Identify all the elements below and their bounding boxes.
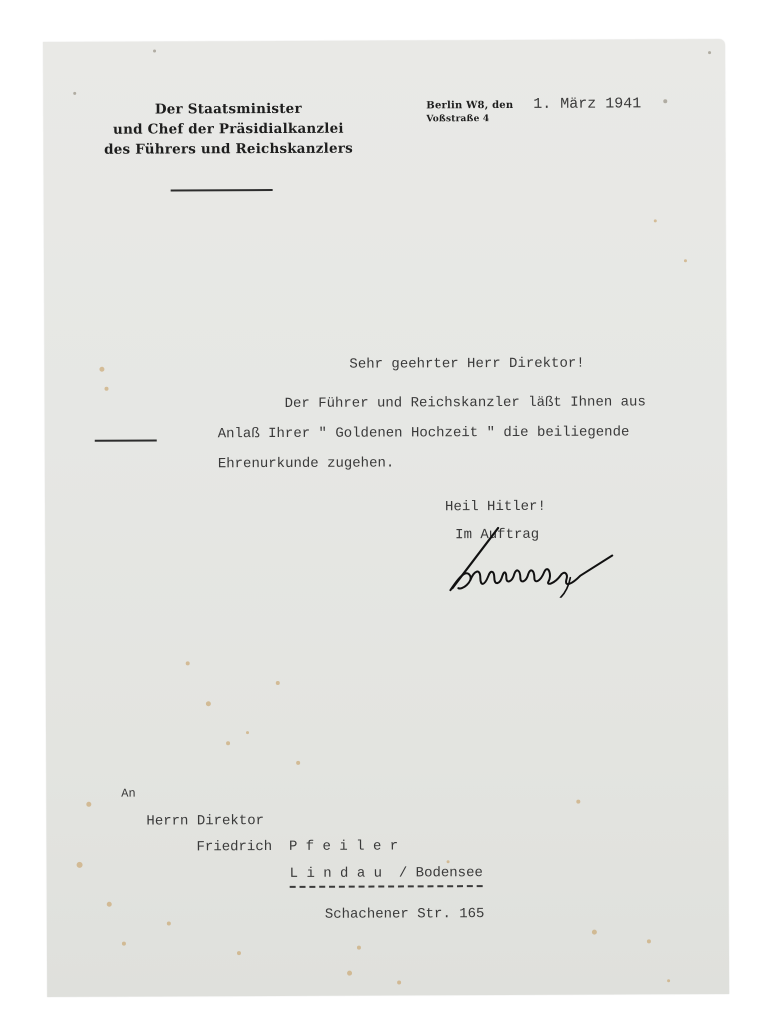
body-line-3: Ehrenurkunde zugehen.: [218, 455, 395, 472]
foxing-stains: [43, 39, 725, 42]
fold-mark: [95, 440, 157, 442]
letterhead-line-2: und Chef der Präsidialkanzlei: [103, 119, 353, 140]
letterhead-line-3: des Führers und Reichskanzlers: [103, 139, 353, 160]
address-street: Schachener Str. 165: [325, 906, 485, 923]
closing-greeting: Heil Hitler!: [445, 499, 546, 515]
letterhead-street: Voßstraße 4: [426, 114, 489, 124]
address-prefix: An: [121, 787, 135, 801]
address-city: L i n d a u / Bodensee: [290, 865, 483, 882]
body-line-1: Der Führer und Reichskanzler läßt Ihnen …: [285, 394, 646, 412]
letter-date: 1. März 1941: [533, 95, 641, 112]
letterhead-line-1: Der Staatsminister: [103, 99, 353, 120]
signature-icon: [440, 517, 620, 598]
salutation: Sehr geehrter Herr Direktor!: [349, 356, 584, 373]
body-line-2: Anlaß Ihrer " Goldenen Hochzeit " die be…: [218, 424, 630, 442]
address-name: Friedrich P f e i l e r: [196, 838, 398, 855]
letter-paper: Der Staatsminister und Chef der Präsidia…: [43, 39, 729, 997]
address-city-underline: [290, 885, 483, 888]
address-title: Herrn Direktor: [146, 813, 264, 830]
letterhead: Der Staatsminister und Chef der Präsidia…: [103, 99, 353, 160]
letterhead-divider: [171, 189, 273, 191]
letterhead-place: Berlin W8, den: [426, 100, 513, 111]
